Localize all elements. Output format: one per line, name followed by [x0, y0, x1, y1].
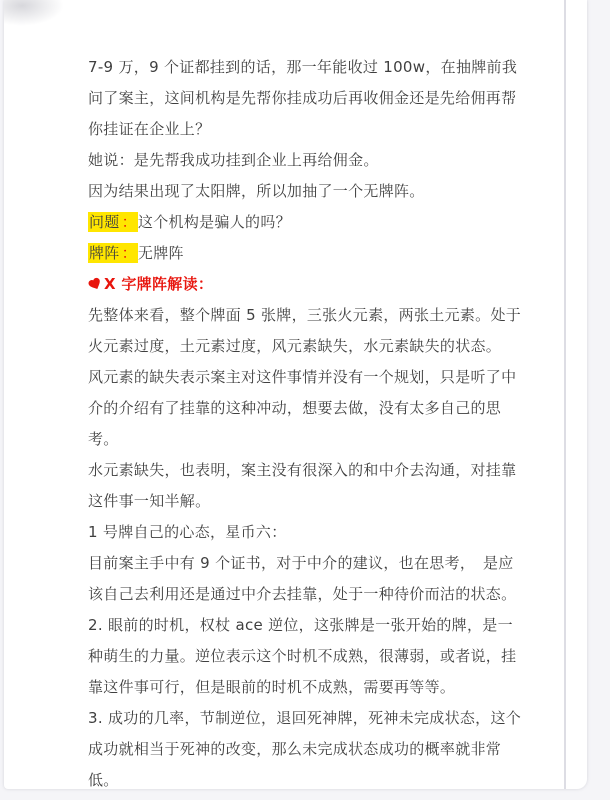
document-page: 7-9 万，9 个证都挂到的话，那一年能收过 100w，在抽牌前我问了案主，这间…	[4, 0, 587, 789]
question-label: 问题	[88, 212, 121, 232]
section-heading: X 字牌阵解读：	[88, 269, 522, 300]
paragraph-card2: 2. 眼前的时机，权杖 ace 逆位，这张牌是一张开始的牌，是一种萌生的力量。逆…	[88, 610, 522, 703]
spread-line: 牌阵：无牌阵	[88, 238, 522, 269]
paragraph-sun-card: 因为结果出现了太阳牌，所以加抽了一个无牌阵。	[88, 176, 522, 207]
page-edge	[564, 0, 566, 789]
question-colon: ：	[121, 212, 138, 232]
paragraph-intro: 7-9 万，9 个证都挂到的话，那一年能收过 100w，在抽牌前我问了案主，这间…	[88, 52, 522, 145]
paragraph-reply: 她说：是先帮我成功挂到企业上再给佣金。	[88, 145, 522, 176]
question-line: 问题：这个机构是骗人的吗？	[88, 207, 522, 238]
spread-label: 牌阵	[88, 243, 121, 263]
spread-text: 无牌阵	[138, 244, 184, 262]
scan-smudge	[4, 0, 64, 26]
spread-colon: ：	[121, 243, 138, 263]
paragraph-water-element: 水元素缺失，也表明，案主没有很深入的和中介去沟通，对挂靠这件事一知半解。	[88, 455, 522, 517]
question-text: 这个机构是骗人的吗？	[138, 213, 291, 231]
section-heading-text: X 字牌阵解读：	[104, 275, 213, 293]
document-content: 7-9 万，9 个证都挂到的话，那一年能收过 100w，在抽牌前我问了案主，这间…	[88, 52, 522, 789]
heart-icon	[88, 277, 102, 291]
paragraph-card1-detail: 目前案主手中有 9 个证书，对于中介的建议，也在思考， 是应该自己去利用还是通过…	[88, 548, 522, 610]
paragraph-overview: 先整体来看，整个牌面 5 张牌，三张火元素，两张土元素。处于火元素过度，土元素过…	[88, 300, 522, 362]
photo-background: 7-9 万，9 个证都挂到的话，那一年能收过 100w，在抽牌前我问了案主，这间…	[0, 0, 610, 800]
paragraph-card3: 3. 成功的几率，节制逆位，退回死神牌，死神未完成状态，这个成功就相当于死神的改…	[88, 703, 522, 789]
paragraph-card1-title: 1 号牌自己的心态，星币六：	[88, 517, 522, 548]
paragraph-wind-element: 风元素的缺失表示案主对这件事情并没有一个规划，只是听了中介的介绍有了挂靠的这种冲…	[88, 362, 522, 455]
